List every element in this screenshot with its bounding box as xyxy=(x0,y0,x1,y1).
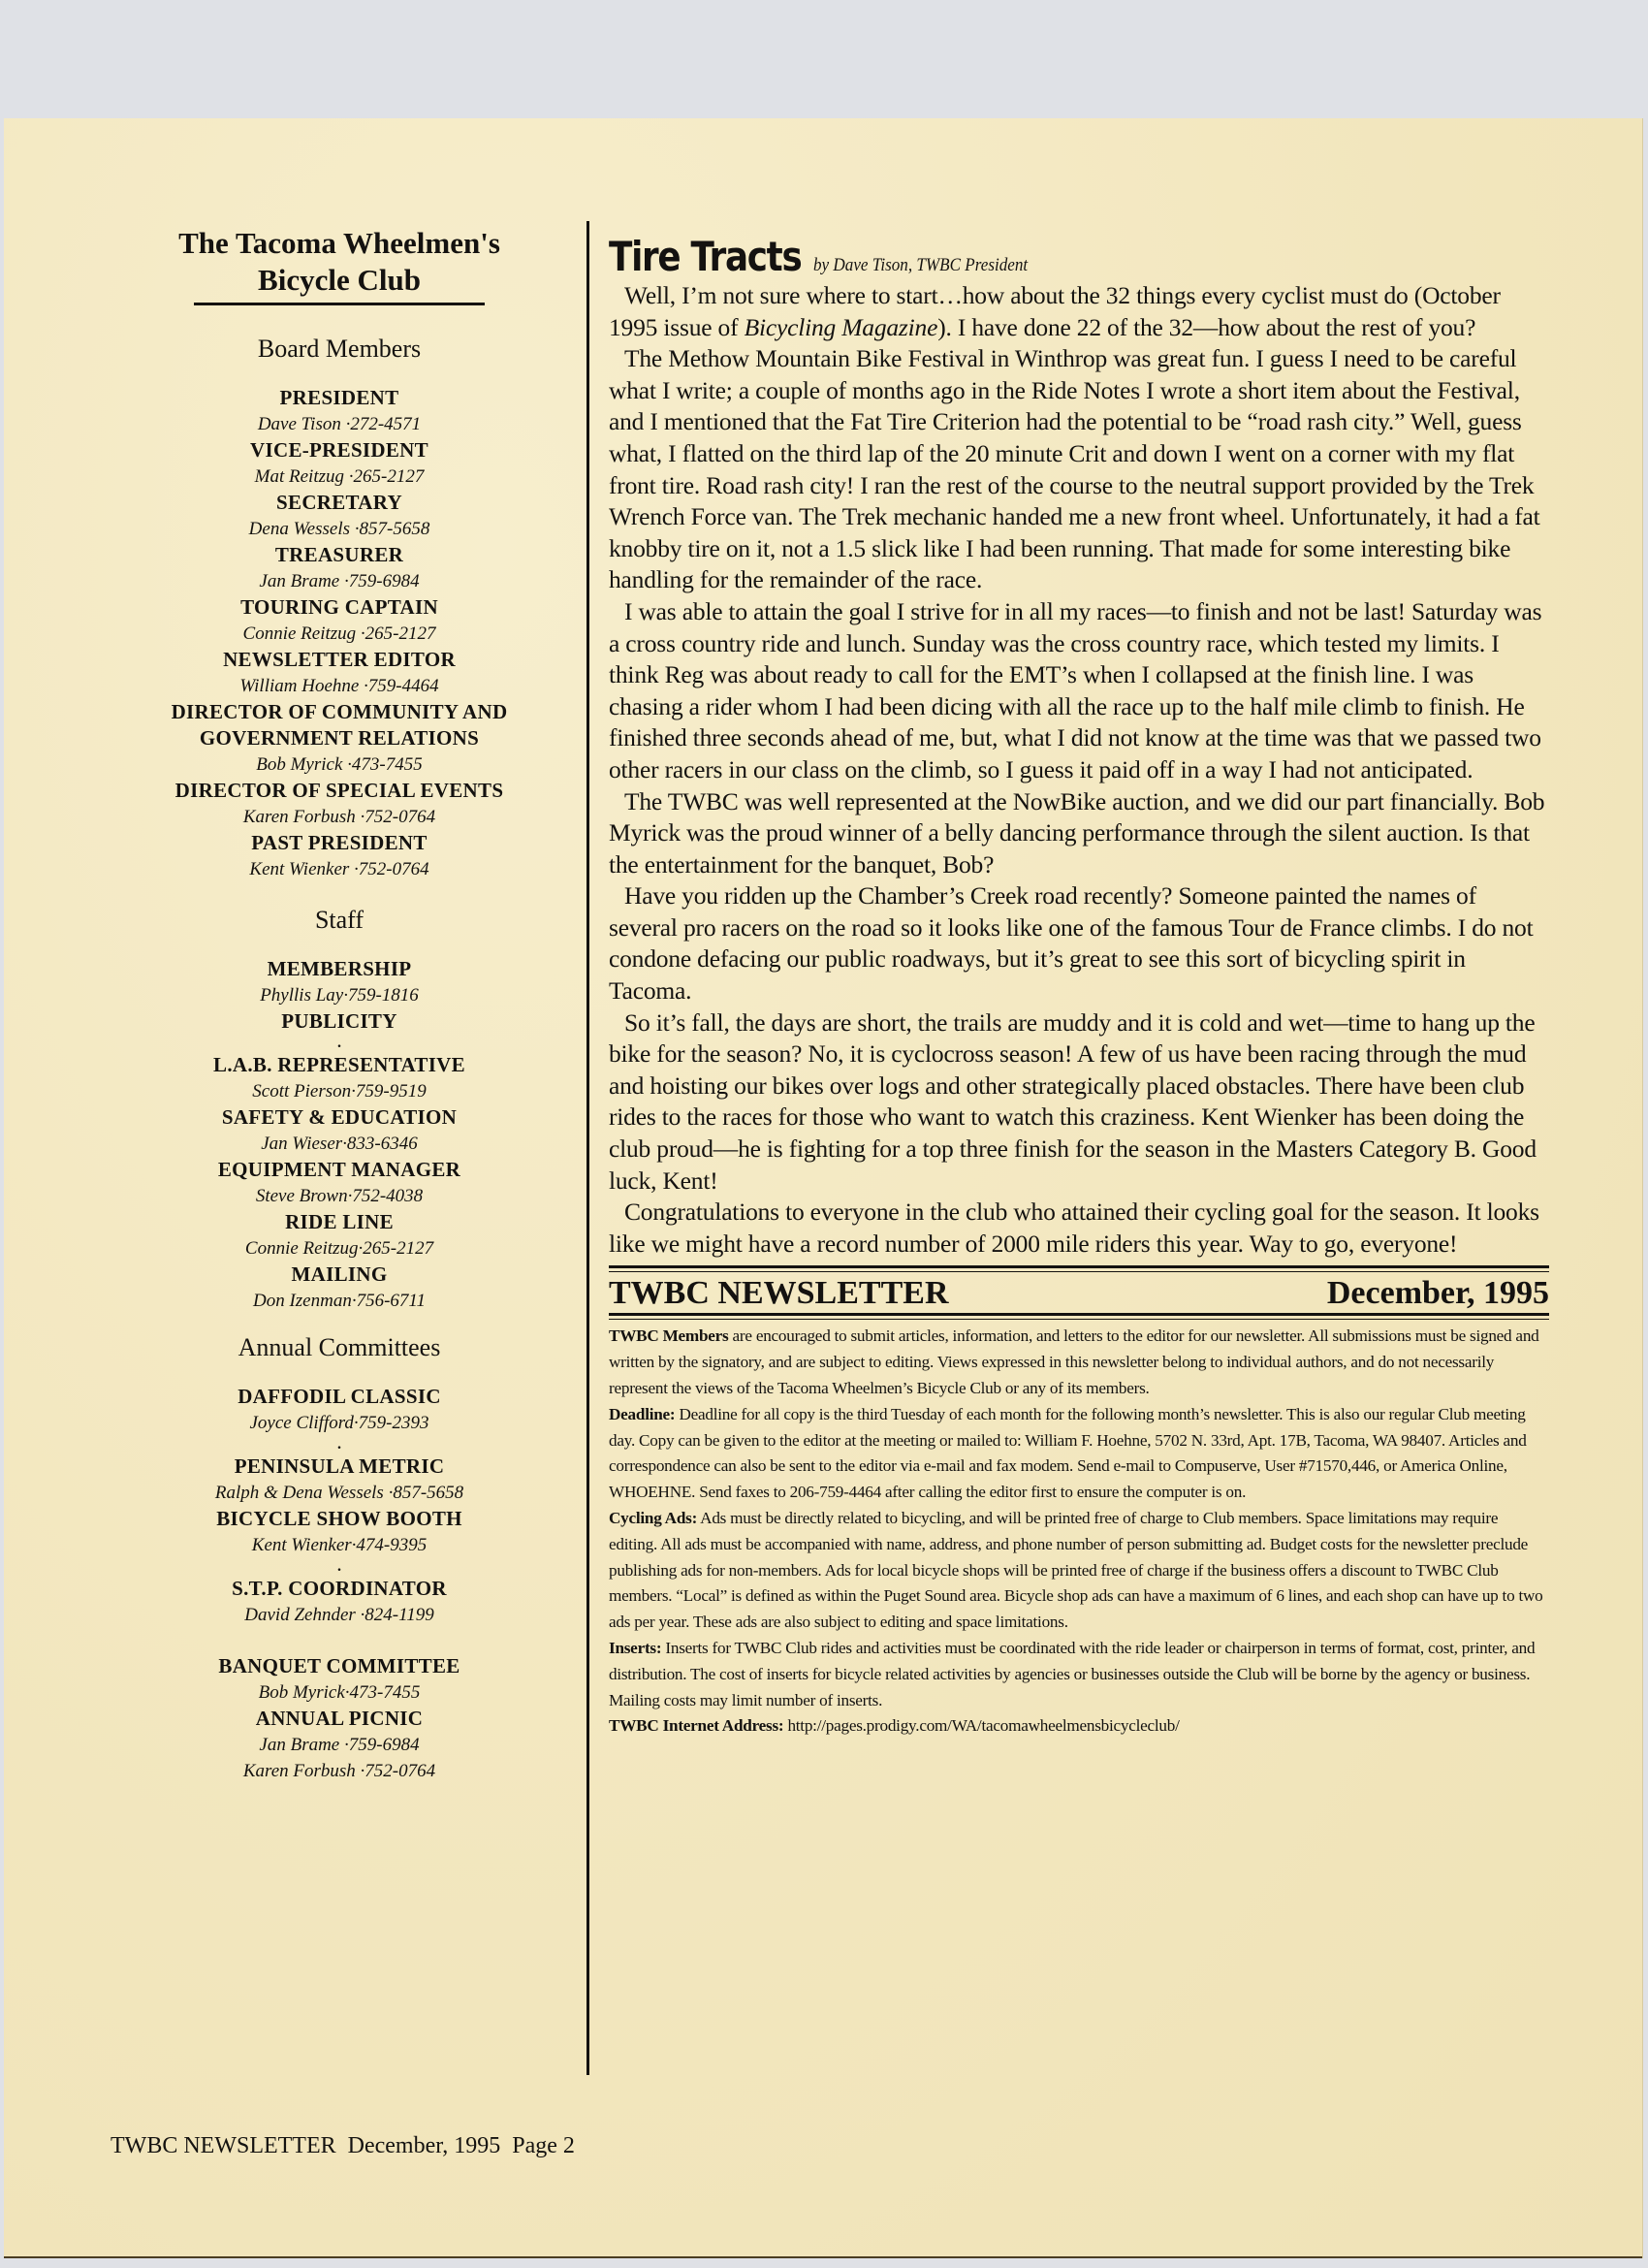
role-title: MEMBERSHIP xyxy=(136,956,543,982)
member-name-phone: Kent Wienker ·752-0764 xyxy=(136,856,543,882)
policy-paragraph: Inserts: Inserts for TWBC Club rides and… xyxy=(609,1636,1549,1713)
member-name-phone: Jan Brame ·759-6984 xyxy=(136,1732,543,1758)
member-name-phone: Connie Reitzug·265-2127 xyxy=(136,1235,543,1262)
role-title: DIRECTOR OF SPECIAL EVENTS xyxy=(136,778,543,804)
member-name-phone: Don Izenman·756-6711 xyxy=(136,1288,543,1314)
role-title: RIDE LINE xyxy=(136,1209,543,1235)
role-title: TREASURER xyxy=(136,542,543,568)
policy-paragraph: Deadline: Deadline for all copy is the t… xyxy=(609,1402,1549,1506)
magazine-title: Bicycling Magazine xyxy=(745,313,938,341)
paragraph-text: The Methow Mountain Bike Festival in Win… xyxy=(609,344,1540,593)
double-rule-bottom xyxy=(609,1313,1549,1320)
article-paragraph: The Methow Mountain Bike Festival in Win… xyxy=(609,343,1549,596)
role-title: NEWSLETTER EDITOR xyxy=(136,647,543,673)
role-title: PRESIDENT xyxy=(136,385,543,411)
paragraph-text: Congratulations to everyone in the club … xyxy=(609,1198,1539,1258)
role-title: ANNUAL PICNIC xyxy=(136,1706,543,1732)
role-title: BICYCLE SHOW BOOTH xyxy=(136,1506,543,1532)
role-title: MAILING xyxy=(136,1262,543,1288)
policy-label: Inserts: xyxy=(609,1639,661,1657)
member-name-phone: Joyce Clifford·759-2393 xyxy=(136,1410,543,1436)
paragraph-text: I was able to attain the goal I strive f… xyxy=(609,597,1541,783)
newsletter-masthead: TWBC NEWSLETTER December, 1995 xyxy=(609,1272,1549,1313)
article-title: Tire Tracts xyxy=(609,233,801,280)
policy-text: http://pages.prodigy.com/WA/tacomawheelm… xyxy=(783,1716,1179,1735)
member-name-phone: Karen Forbush ·752-0764 xyxy=(136,1758,543,1784)
role-title: TOURING CAPTAIN xyxy=(136,594,543,621)
main-column: Tire Tracts by Dave Tison, TWBC Presiden… xyxy=(609,233,1549,1740)
separator-dot: . xyxy=(136,1436,543,1453)
annual-committees-list: DAFFODIL CLASSICJoyce Clifford·759-2393.… xyxy=(136,1384,543,1784)
member-name-phone: Jan Wieser·833-6346 xyxy=(136,1131,543,1157)
member-name-phone: Steve Brown·752-4038 xyxy=(136,1183,543,1209)
article-paragraph: Congratulations to everyone in the club … xyxy=(609,1197,1549,1260)
member-name-phone: Bob Myrick·473-7455 xyxy=(136,1679,543,1706)
policy-label: Cycling Ads: xyxy=(609,1509,697,1527)
member-name-phone: Ralph & Dena Wessels ·857-5658 xyxy=(136,1480,543,1506)
role-title: PUBLICITY xyxy=(136,1008,543,1035)
column-divider xyxy=(586,221,589,2075)
newsletter-info-box: TWBC NEWSLETTER December, 1995 TWBC Memb… xyxy=(609,1265,1549,1740)
role-title: S.T.P. COORDINATOR xyxy=(136,1576,543,1602)
newsletter-name: TWBC NEWSLETTER xyxy=(609,1274,949,1313)
article-paragraph: So it’s fall, the days are short, the tr… xyxy=(609,1007,1549,1198)
role-title: PAST PRESIDENT xyxy=(136,830,543,856)
member-name-phone: Mat Reitzug ·265-2127 xyxy=(136,463,543,490)
paragraph-text: Have you ridden up the Chamber’s Creek r… xyxy=(609,881,1533,1005)
role-title: DAFFODIL CLASSIC xyxy=(136,1384,543,1410)
member-name-phone: Dena Wessels ·857-5658 xyxy=(136,516,543,542)
role-title: PENINSULA METRIC xyxy=(136,1453,543,1480)
member-name-phone: Connie Reitzug ·265-2127 xyxy=(136,621,543,647)
policy-label: TWBC Internet Address: xyxy=(609,1716,783,1735)
policy-text: are encouraged to submit articles, infor… xyxy=(609,1326,1539,1397)
article-byline: by Dave Tison, TWBC President xyxy=(813,255,1028,276)
member-name-phone: David Zehnder ·824-1199 xyxy=(136,1602,543,1628)
paragraph-text: So it’s fall, the days are short, the tr… xyxy=(609,1008,1537,1195)
policy-label: TWBC Members xyxy=(609,1326,729,1345)
staff-list: MEMBERSHIPPhyllis Lay·759-1816PUBLICITY.… xyxy=(136,956,543,1314)
separator-dot: . xyxy=(136,1558,543,1576)
member-name-phone: Jan Brame ·759-6984 xyxy=(136,568,543,594)
article-paragraph: Well, I’m not sure where to start…how ab… xyxy=(609,280,1549,343)
policy-paragraph: Cycling Ads: Ads must be directly relate… xyxy=(609,1506,1549,1636)
role-title: DIRECTOR OF COMMUNITY AND xyxy=(136,699,543,725)
annual-committees-heading: Annual Committees xyxy=(136,1333,543,1362)
policy-text: Ads must be directly related to bicyclin… xyxy=(609,1509,1543,1631)
page-footer: TWBC NEWSLETTER December, 1995 Page 2 xyxy=(111,2133,575,2159)
policy-paragraph: TWBC Internet Address: http://pages.prod… xyxy=(609,1713,1549,1740)
article-paragraph: I was able to attain the goal I strive f… xyxy=(609,596,1549,786)
separator-dot: . xyxy=(136,1035,543,1052)
article-paragraph: Have you ridden up the Chamber’s Creek r… xyxy=(609,880,1549,1006)
role-title: SECRETARY xyxy=(136,490,543,516)
newsletter-date: December, 1995 xyxy=(1327,1274,1549,1313)
role-title: BANQUET COMMITTEE xyxy=(136,1653,543,1679)
member-name-phone: Dave Tison ·272-4571 xyxy=(136,411,543,437)
spacer xyxy=(136,1628,543,1653)
staff-heading: Staff xyxy=(136,906,543,935)
role-title: EQUIPMENT MANAGER xyxy=(136,1157,543,1183)
member-name-phone: Scott Pierson·759-9519 xyxy=(136,1078,543,1104)
policy-paragraph: TWBC Members are encouraged to submit ar… xyxy=(609,1324,1549,1401)
paragraph-text: The TWBC was well represented at the Now… xyxy=(609,787,1544,878)
double-rule-top xyxy=(609,1265,1549,1272)
role-title: VICE-PRESIDENT xyxy=(136,437,543,463)
role-title: SAFETY & EDUCATION xyxy=(136,1104,543,1131)
board-members-list: PRESIDENTDave Tison ·272-4571VICE-PRESID… xyxy=(136,385,543,882)
club-title-line1: The Tacoma Wheelmen's xyxy=(178,226,500,260)
paragraph-text: ). I have done 22 of the 32—how about th… xyxy=(937,313,1475,341)
club-directory-sidebar: The Tacoma Wheelmen's Bicycle Club Board… xyxy=(136,225,543,1784)
member-name-phone: William Hoehne ·759-4464 xyxy=(136,673,543,699)
member-name-phone: Bob Myrick ·473-7455 xyxy=(136,751,543,778)
board-members-heading: Board Members xyxy=(136,335,543,364)
article-headline: Tire Tracts by Dave Tison, TWBC Presiden… xyxy=(609,233,1549,280)
club-title: The Tacoma Wheelmen's Bicycle Club xyxy=(136,225,543,299)
club-title-line2: Bicycle Club xyxy=(258,263,421,297)
role-title: GOVERNMENT RELATIONS xyxy=(136,725,543,751)
article-paragraph: The TWBC was well represented at the Now… xyxy=(609,786,1549,881)
member-name-phone: Phyllis Lay·759-1816 xyxy=(136,982,543,1008)
policy-text: Inserts for TWBC Club rides and activiti… xyxy=(609,1639,1535,1709)
member-name-phone: Kent Wienker·474-9395 xyxy=(136,1532,543,1558)
role-title: L.A.B. REPRESENTATIVE xyxy=(136,1052,543,1078)
member-name-phone: Karen Forbush ·752-0764 xyxy=(136,804,543,830)
article-body: Well, I’m not sure where to start…how ab… xyxy=(609,280,1549,1260)
policy-label: Deadline: xyxy=(609,1405,675,1423)
policy-text: Deadline for all copy is the third Tuesd… xyxy=(609,1405,1527,1501)
newsletter-policies: TWBC Members are encouraged to submit ar… xyxy=(609,1324,1549,1740)
